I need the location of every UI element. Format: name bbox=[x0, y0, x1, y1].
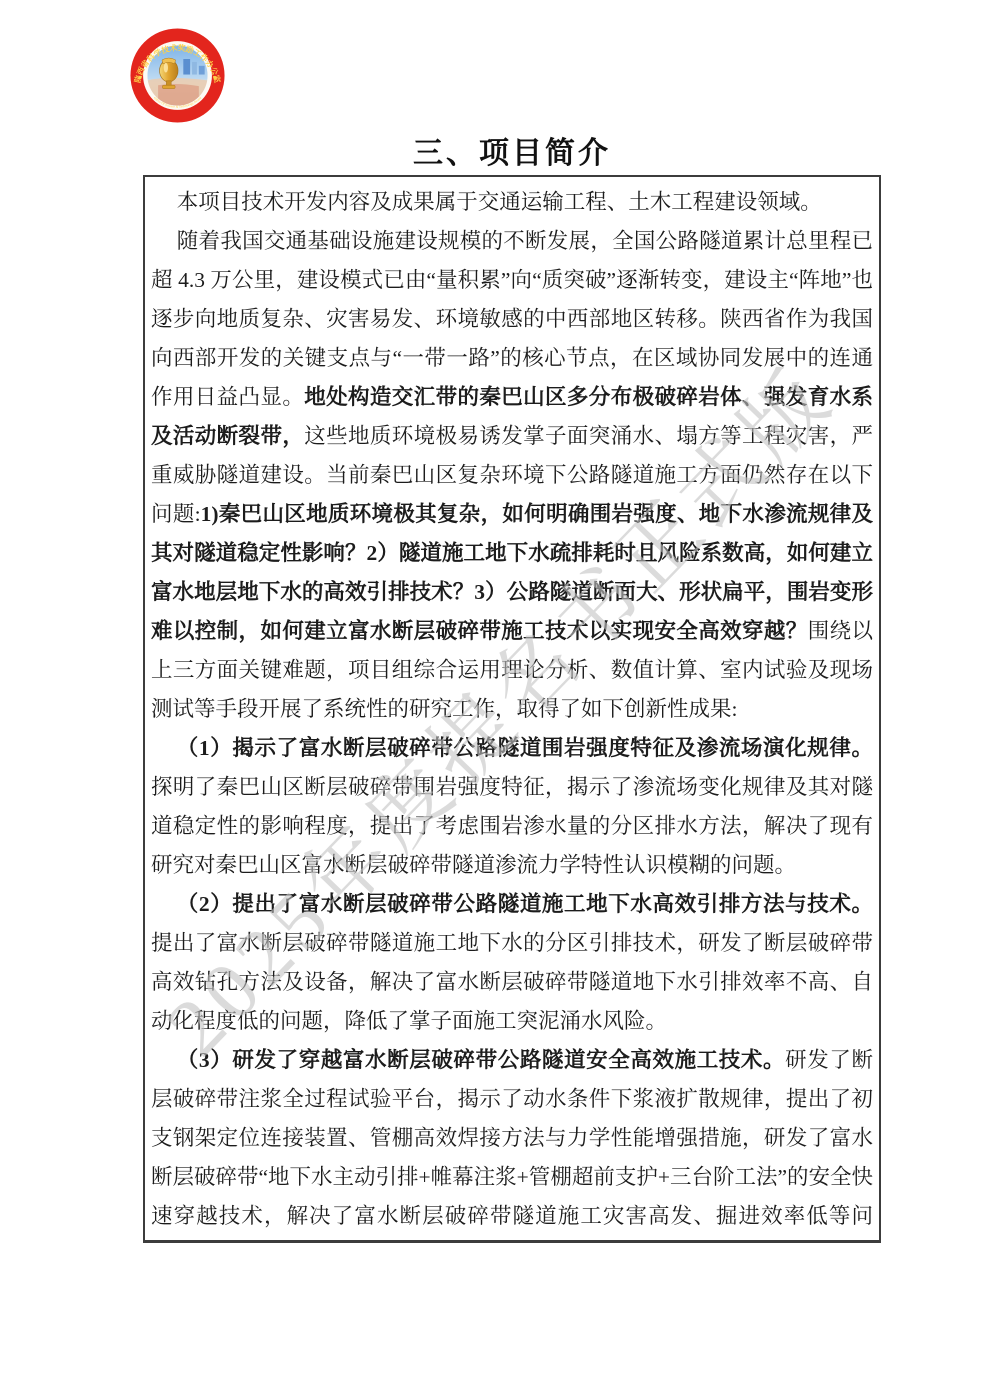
paragraph: 本项目技术开发内容及成果属于交通运输工程、土木工程建设领域。 bbox=[151, 183, 873, 222]
bold-text-run: （1）揭示了富水断层破碎带公路隧道围岩强度特征及渗流场演化规律。 bbox=[177, 736, 873, 760]
document-body: 本项目技术开发内容及成果属于交通运输工程、土木工程建设领域。随着我国交通基础设施… bbox=[151, 183, 873, 1243]
bold-text-run: （2）提出了富水断层破碎带公路隧道施工地下水高效引排方法与技术。 bbox=[177, 892, 873, 916]
project-summary-box: 本项目技术开发内容及成果属于交通运输工程、土木工程建设领域。随着我国交通基础设施… bbox=[143, 175, 881, 1243]
text-run: 研发了断层破碎带注浆全过程试验平台，揭示了动水条件下浆液扩散规律，提出了初支钢架… bbox=[151, 1048, 873, 1243]
seal-left-dot bbox=[139, 76, 142, 79]
paragraph: （2）提出了富水断层破碎带公路隧道施工地下水高效引排方法与技术。提出了富水断层破… bbox=[151, 885, 873, 1041]
seal-right-dot bbox=[213, 76, 216, 79]
page-title: 三、项目简介 bbox=[143, 128, 881, 172]
text-run: 探明了秦巴山区断层破碎带围岩强度特征，揭示了渗流场变化规律及其对隧道稳定性的影响… bbox=[151, 775, 873, 877]
paragraph: （3）研发了穿越富水断层破碎带公路隧道安全高效施工技术。研发了断层破碎带注浆全过… bbox=[151, 1041, 873, 1243]
text-run: 提出了富水断层破碎带隧道施工地下水的分区引排技术，研发了断层破碎带高效钻孔方法及… bbox=[151, 931, 873, 1033]
seal-graphic: 陕西省科学技术奖励工作办公室 Office Of Science & Techn… bbox=[129, 27, 226, 124]
paragraph: 随着我国交通基础设施建设规模的不断发展，全国公路隧道累计总里程已超 4.3 万公… bbox=[151, 222, 873, 729]
text-run: 本项目技术开发内容及成果属于交通运输工程、土木工程建设领域。 bbox=[177, 190, 822, 214]
bold-text-run: 1)秦巴山区地质环境极其复杂，如何明确围岩强度、地下水渗流规律及其对隧道稳定性影… bbox=[151, 502, 873, 643]
org-seal: 陕西省科学技术奖励工作办公室 Office Of Science & Techn… bbox=[129, 27, 226, 124]
paragraph: （1）揭示了富水断层破碎带公路隧道围岩强度特征及渗流场演化规律。探明了秦巴山区断… bbox=[151, 729, 873, 885]
page: 陕西省科学技术奖励工作办公室 Office Of Science & Techn… bbox=[0, 0, 990, 1399]
text-run: 随着我国交通基础设施建设规模的不断发展，全国公路隧道累计总里程已超 4.3 万公… bbox=[151, 229, 873, 409]
bold-text-run: （3）研发了穿越富水断层破碎带公路隧道安全高效施工技术。 bbox=[177, 1048, 785, 1072]
